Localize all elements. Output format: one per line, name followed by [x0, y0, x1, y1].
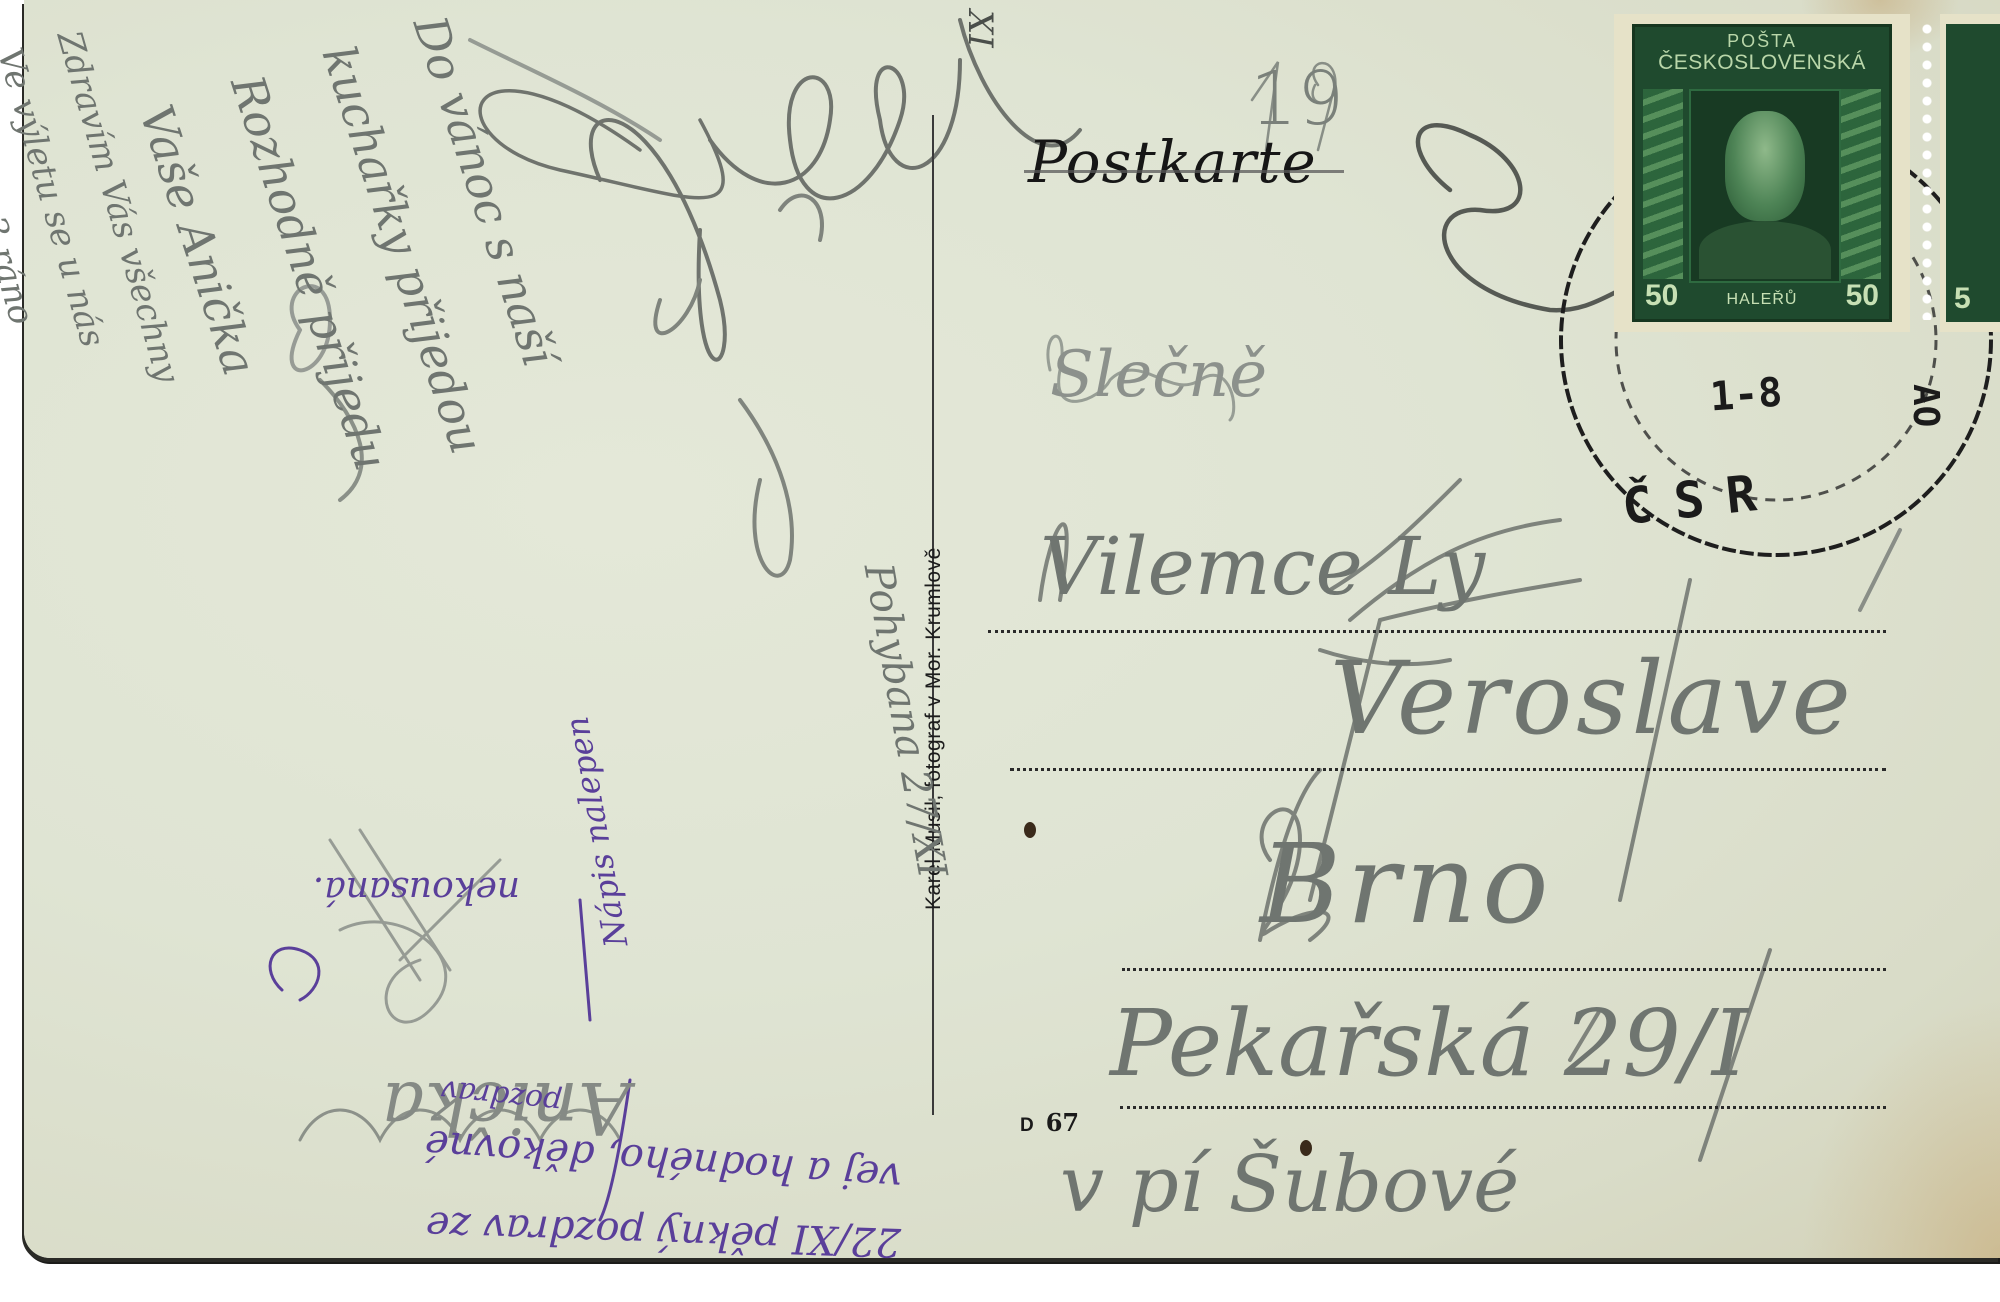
- address-salutation: Slečně: [1050, 338, 1267, 412]
- stamp-line1: POŠTA: [1635, 31, 1889, 52]
- stamp-value-right: 50: [1846, 279, 1879, 313]
- stamp-line2: ČESKOSLOVENSKÁ: [1635, 51, 1889, 75]
- heading-strikethrough: [1024, 170, 1344, 173]
- stamp-perforation: [1920, 20, 1934, 320]
- series-prefix: D: [1020, 1115, 1034, 1136]
- address-name-line1: Vilemce Ly: [1040, 520, 1485, 613]
- ink-line-5: nekousaná.: [313, 869, 520, 910]
- postage-stamp: POŠTA ČESKOSLOVENSKÁ 50 HALEŘŮ 50: [1614, 14, 1910, 332]
- address-line-4: [1120, 1106, 1886, 1109]
- portrait-icon: [1689, 89, 1841, 283]
- pencil-number: 19: [1250, 56, 1344, 142]
- address-city: Brno: [1260, 820, 1555, 948]
- postage-stamp-partial: 5: [1940, 14, 2000, 332]
- postmark-date: 1-8: [1708, 370, 1783, 421]
- laurel-left-icon: [1643, 89, 1683, 279]
- address-line-1: [988, 630, 1886, 633]
- series-code: D67: [1020, 1108, 1079, 1137]
- address-line-3: [1122, 968, 1886, 971]
- address-note: v pí Šubové: [1060, 1140, 1519, 1230]
- series-number: 67: [1046, 1108, 1079, 1137]
- ink-spot: [1024, 822, 1036, 838]
- ink-spot: [1300, 1140, 1312, 1156]
- address-name-line2: Veroslave: [1330, 640, 1855, 757]
- pencil-roman-month: XI: [960, 10, 1000, 48]
- address-street: Pekařská 29/I: [1110, 990, 1748, 1097]
- laurel-right-icon: [1841, 89, 1881, 279]
- age-stain: [1800, 998, 2000, 1258]
- stamp2-value: 5: [1954, 282, 1971, 316]
- address-line-2: [1010, 768, 1886, 771]
- postmark-side: AO: [1905, 384, 1946, 427]
